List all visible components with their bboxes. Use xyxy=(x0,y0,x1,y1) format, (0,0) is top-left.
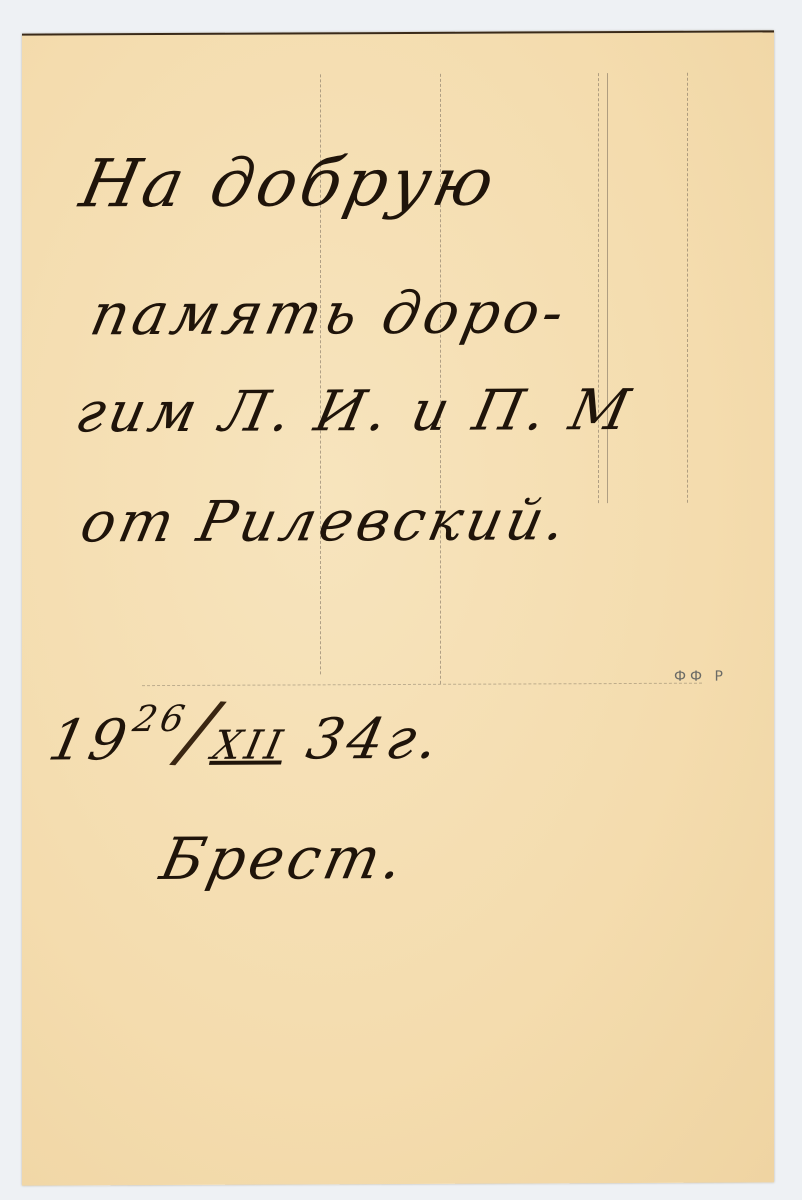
printer-mark: ФФ Р xyxy=(674,669,727,685)
inscription-line-4: от Рилевский. xyxy=(75,488,575,555)
date-day: 26 xyxy=(129,699,192,740)
inscription-date: 1926/XII 34г. xyxy=(42,684,453,779)
date-year-prefix: 19 xyxy=(43,708,136,773)
inscription-line-1: На добрую xyxy=(74,144,505,223)
inscription-place: Брест. xyxy=(155,824,413,893)
inscription-line-3: гим Л. И. и П. М xyxy=(70,378,639,445)
inscription-line-2: память доро- xyxy=(85,278,574,348)
guide-line xyxy=(687,73,688,503)
date-month: XII xyxy=(208,722,290,768)
postcard: На добрую память доро- гим Л. И. и П. М … xyxy=(22,30,774,1185)
date-year-suffix: 34г. xyxy=(301,707,448,773)
